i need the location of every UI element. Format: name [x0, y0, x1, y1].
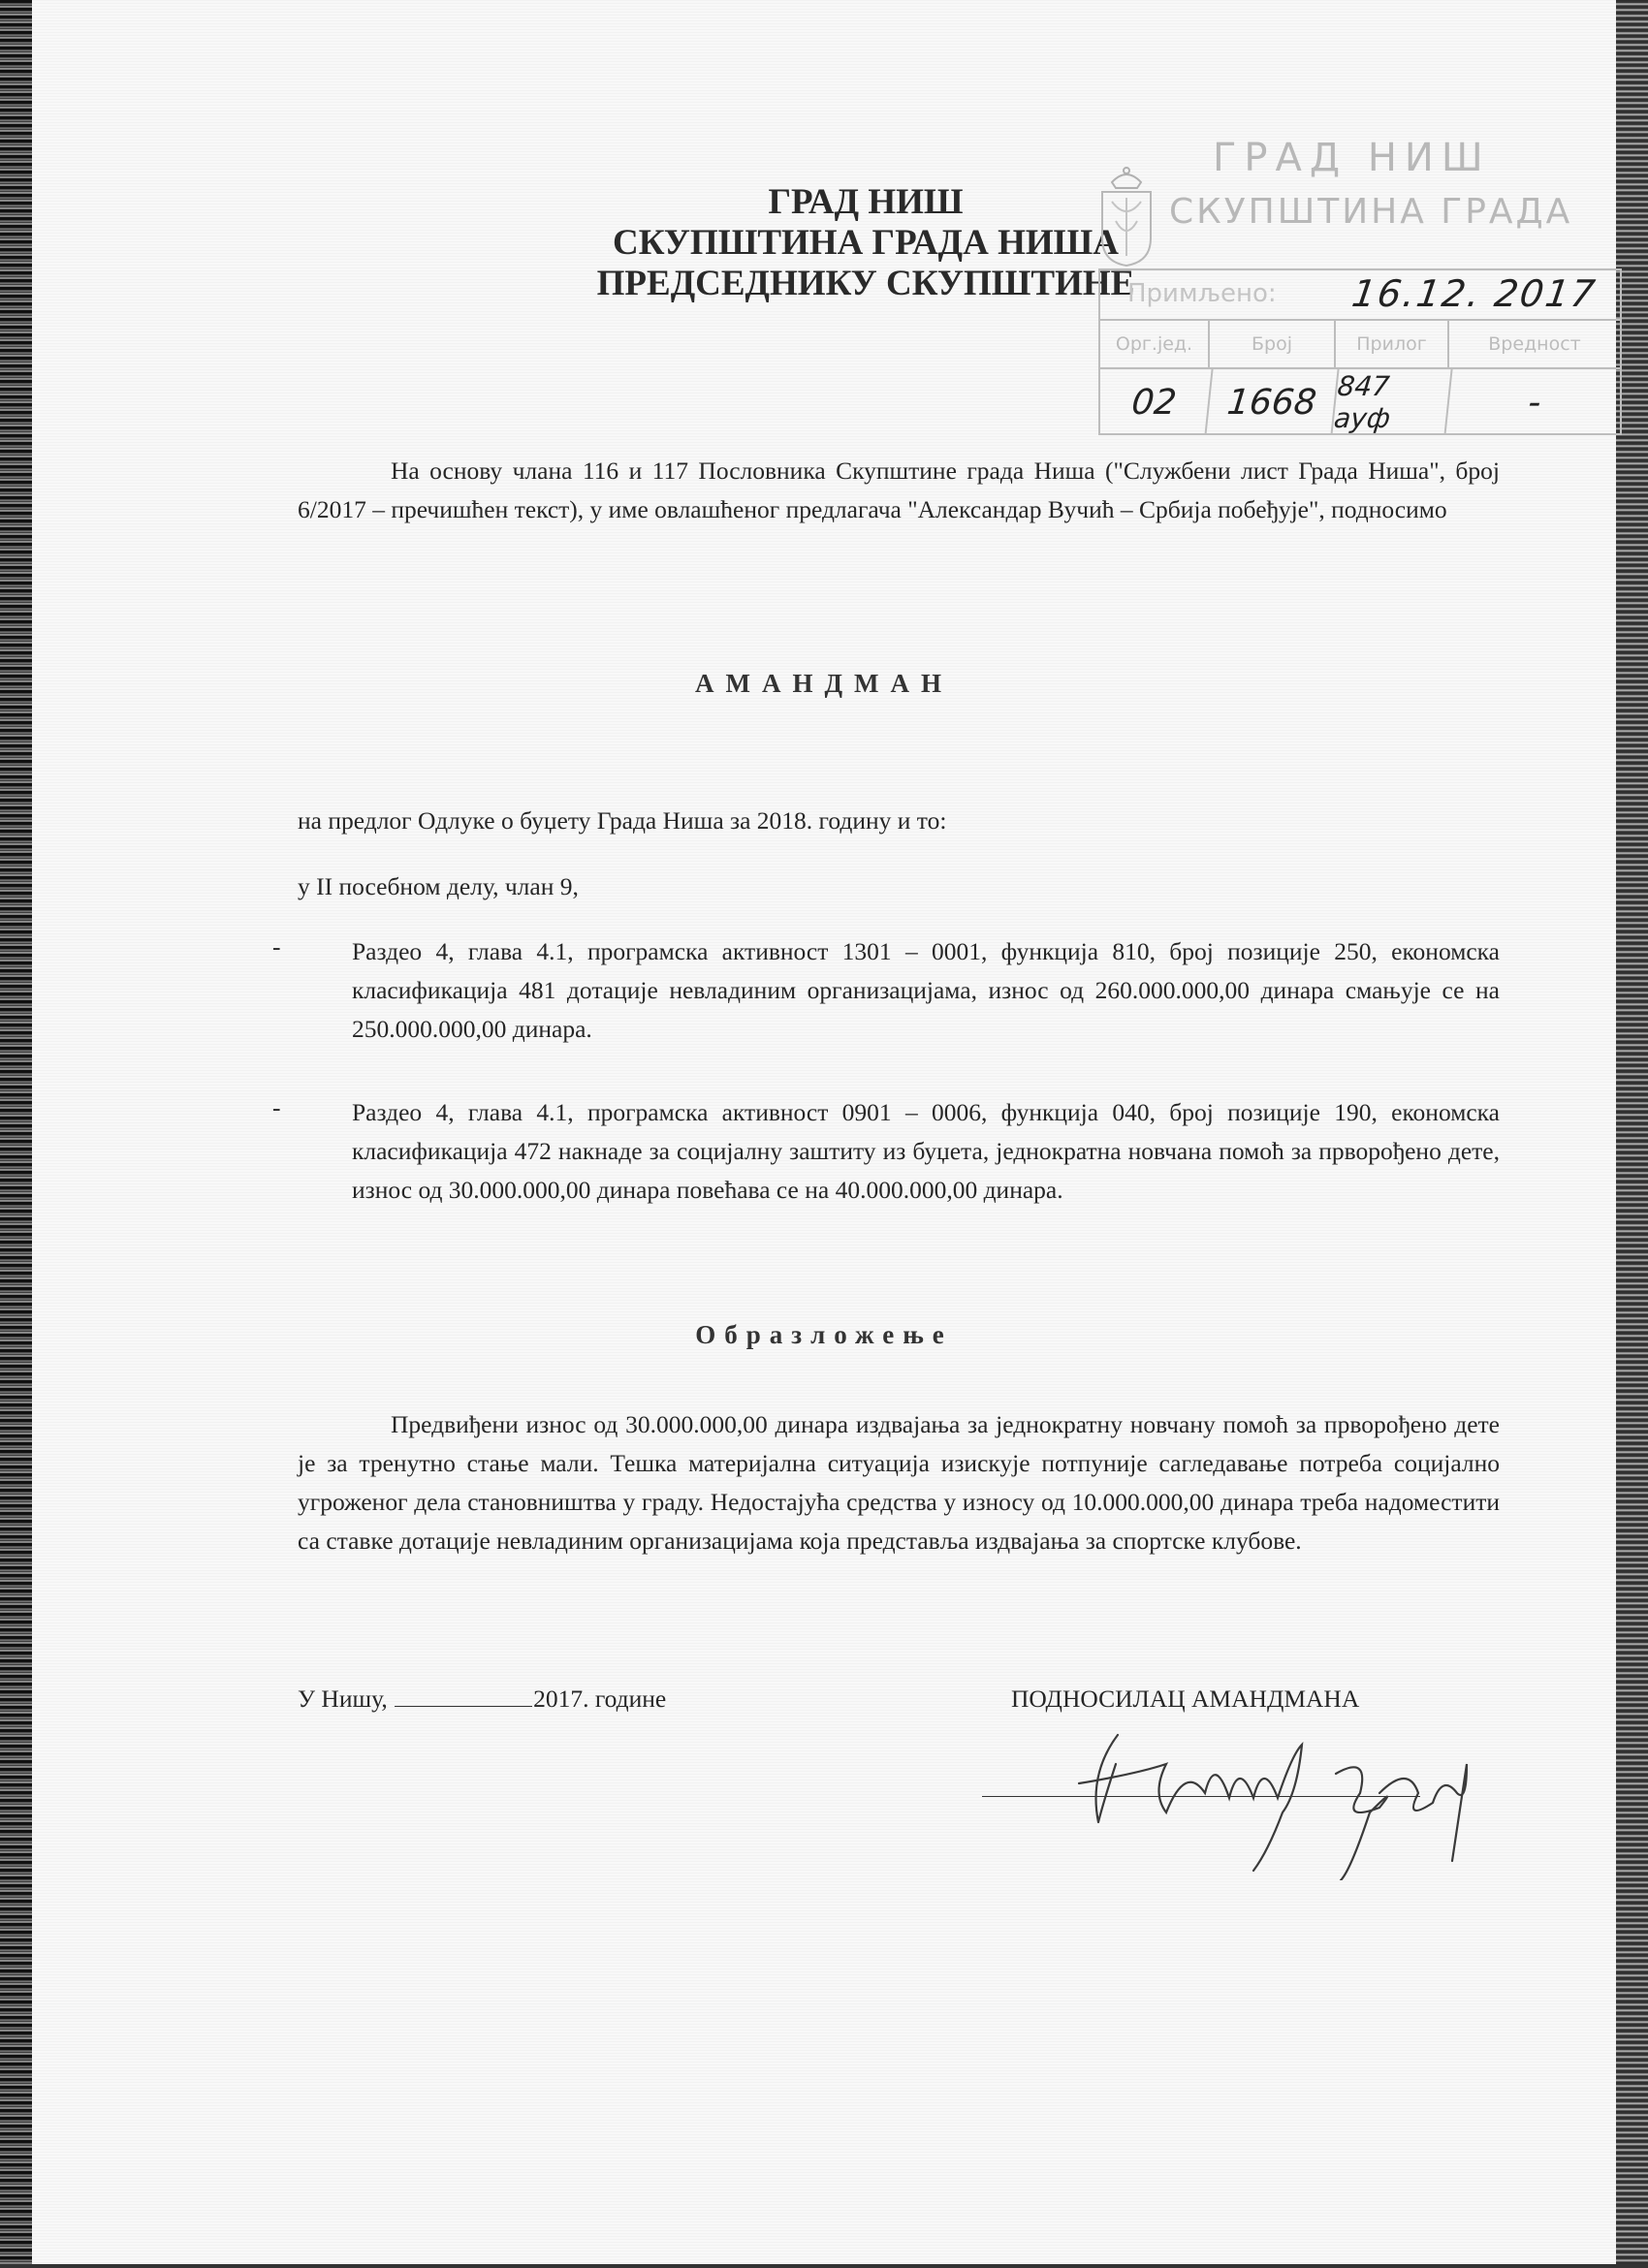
scan-edge-left	[0, 0, 32, 2268]
header-line-addressee: ПРЕДСЕДНИКУ СКУПШТИНЕ	[536, 264, 1195, 304]
document-title: АМАНДМАН	[32, 669, 1616, 699]
stamp-col-org-unit: Орг.јед.	[1100, 321, 1210, 369]
place-suffix: 2017. године	[533, 1685, 666, 1713]
scan-edge-bottom	[0, 2264, 1648, 2268]
stamp-received-label: Примљено:	[1127, 279, 1277, 308]
stamp-val-attachment: 847 ауф	[1332, 369, 1452, 435]
stamp-col-attachment: Прилог	[1336, 321, 1449, 369]
scope-line-section: у II посебном делу, члан 9,	[298, 872, 579, 901]
coat-of-arms-icon	[1098, 163, 1155, 269]
stamp-received-date: 16.12. 2017	[1349, 272, 1600, 315]
place-date-line: У Нишу, 2017. године	[298, 1685, 666, 1714]
justification-paragraph: Предвиђени износ од 30.000.000,00 динара…	[298, 1405, 1500, 1560]
item-2-dash: -	[272, 1093, 281, 1122]
document-header: ГРАД НИШ СКУПШТИНА ГРАДА НИША ПРЕДСЕДНИК…	[536, 182, 1195, 304]
stamp-col-number: Број	[1210, 321, 1336, 369]
item-1-dash: -	[272, 932, 281, 961]
stamp-val-org-unit: 02	[1096, 369, 1213, 435]
stamp-grid: Орг.јед. Број Прилог Вредност 02 1668 84…	[1100, 321, 1620, 435]
stamp-received-row: Примљено: 16.12. 2017	[1100, 270, 1620, 321]
header-line-city: ГРАД НИШ	[536, 182, 1195, 223]
place-prefix: У Нишу,	[298, 1685, 388, 1713]
stamp-title-assembly: СКУПШТИНА ГРАДА	[1169, 192, 1572, 232]
stamp-col-value: Вредност	[1449, 321, 1620, 369]
signature-icon	[1060, 1716, 1515, 1880]
intro-paragraph: На основу члана 116 и 117 Пословника Ску…	[298, 452, 1500, 529]
registry-stamp: Примљено: 16.12. 2017 Орг.јед. Број Прил…	[1098, 268, 1622, 435]
stamp-title-city: ГРАД НИШ	[1213, 136, 1491, 180]
signer-label: ПОДНОСИЛАЦ АМАНДМАНА	[1011, 1685, 1359, 1714]
stamp-val-number: 1668	[1206, 369, 1339, 435]
amendment-item-1: Раздео 4, глава 4.1, програмска активнос…	[352, 932, 1500, 1049]
amendment-item-2: Раздео 4, глава 4.1, програмска активнос…	[352, 1093, 1500, 1210]
scope-line-proposal: на предлог Одлуке о буџету Града Ниша за…	[298, 806, 946, 835]
date-blank	[395, 1685, 532, 1707]
justification-title: Образложење	[32, 1320, 1616, 1350]
document-page: ГРАД НИШ СКУПШТИНА ГРАДА НИША ПРЕДСЕДНИК…	[32, 0, 1616, 2264]
header-line-assembly: СКУПШТИНА ГРАДА НИША	[536, 223, 1195, 264]
stamp-val-value: -	[1445, 369, 1623, 435]
